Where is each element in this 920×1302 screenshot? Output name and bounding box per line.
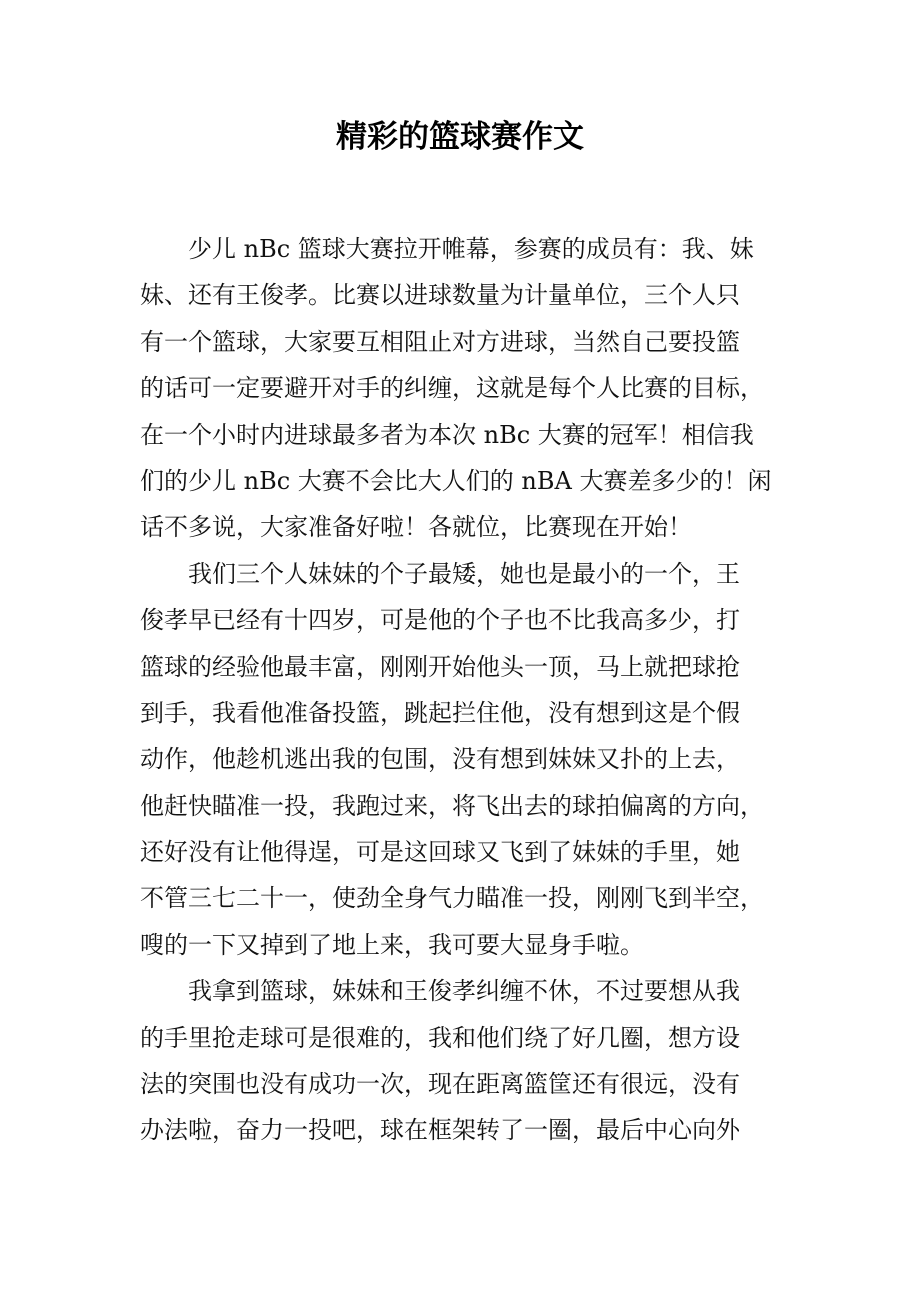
- text-line: 不管三七二十一，使劲全身气力瞄准一投，刚刚飞到半空，: [140, 875, 780, 921]
- text-line: 俊孝早已经有十四岁，可是他的个子也不比我高多少，打: [140, 597, 780, 643]
- text-line: 在一个小时内进球最多者为本次 nBc 大赛的冠军！相信我: [140, 412, 780, 458]
- document-body: 少儿 nBc 篮球大赛拉开帷幕，参赛的成员有：我、妹 妹、还有王俊孝。比赛以进球…: [140, 226, 780, 1154]
- text-line: 的手里抢走球可是很难的，我和他们绕了好几圈，想方设: [140, 1015, 780, 1061]
- paragraph-3: 我拿到篮球，妹妹和王俊孝纠缠不休，不过要想从我 的手里抢走球可是很难的，我和他们…: [140, 968, 780, 1154]
- text-line: 妹、还有王俊孝。比赛以进球数量为计量单位，三个人只: [140, 272, 780, 318]
- text-line: 他赶快瞄准一投，我跑过来，将飞出去的球拍偏离的方向，: [140, 783, 780, 829]
- paragraph-2: 我们三个人妹妹的个子最矮，她也是最小的一个，王 俊孝早已经有十四岁，可是他的个子…: [140, 551, 780, 969]
- text-line: 我们三个人妹妹的个子最矮，她也是最小的一个，王: [140, 551, 780, 597]
- document-title: 精彩的篮球赛作文: [0, 112, 920, 162]
- paragraph-1: 少儿 nBc 篮球大赛拉开帷幕，参赛的成员有：我、妹 妹、还有王俊孝。比赛以进球…: [140, 226, 780, 551]
- text-line: 篮球的经验他最丰富，刚刚开始他头一顶，马上就把球抢: [140, 644, 780, 690]
- text-line: 话不多说，大家准备好啦！各就位，比赛现在开始！: [140, 504, 780, 550]
- text-line: 法的突围也没有成功一次，现在距离篮筐还有很远，没有: [140, 1061, 780, 1107]
- text-line: 到手，我看他准备投篮，跳起拦住他，没有想到这是个假: [140, 690, 780, 736]
- text-line: 的话可一定要避开对手的纠缠，这就是每个人比赛的目标，: [140, 365, 780, 411]
- document-page: 精彩的篮球赛作文 少儿 nBc 篮球大赛拉开帷幕，参赛的成员有：我、妹 妹、还有…: [0, 0, 920, 1302]
- text-line: 动作，他趁机逃出我的包围，没有想到妹妹又扑的上去，: [140, 736, 780, 782]
- text-line: 嗖的一下又掉到了地上来，我可要大显身手啦。: [140, 922, 780, 968]
- text-line: 们的少儿 nBc 大赛不会比大人们的 nBA 大赛差多少的！闲: [140, 458, 780, 504]
- text-line: 少儿 nBc 篮球大赛拉开帷幕，参赛的成员有：我、妹: [140, 226, 780, 272]
- text-line: 办法啦，奋力一投吧，球在框架转了一圈，最后中心向外: [140, 1107, 780, 1153]
- text-line: 还好没有让他得逞，可是这回球又飞到了妹妹的手里，她: [140, 829, 780, 875]
- text-line: 有一个篮球，大家要互相阻止对方进球，当然自己要投篮: [140, 319, 780, 365]
- text-line: 我拿到篮球，妹妹和王俊孝纠缠不休，不过要想从我: [140, 968, 780, 1014]
